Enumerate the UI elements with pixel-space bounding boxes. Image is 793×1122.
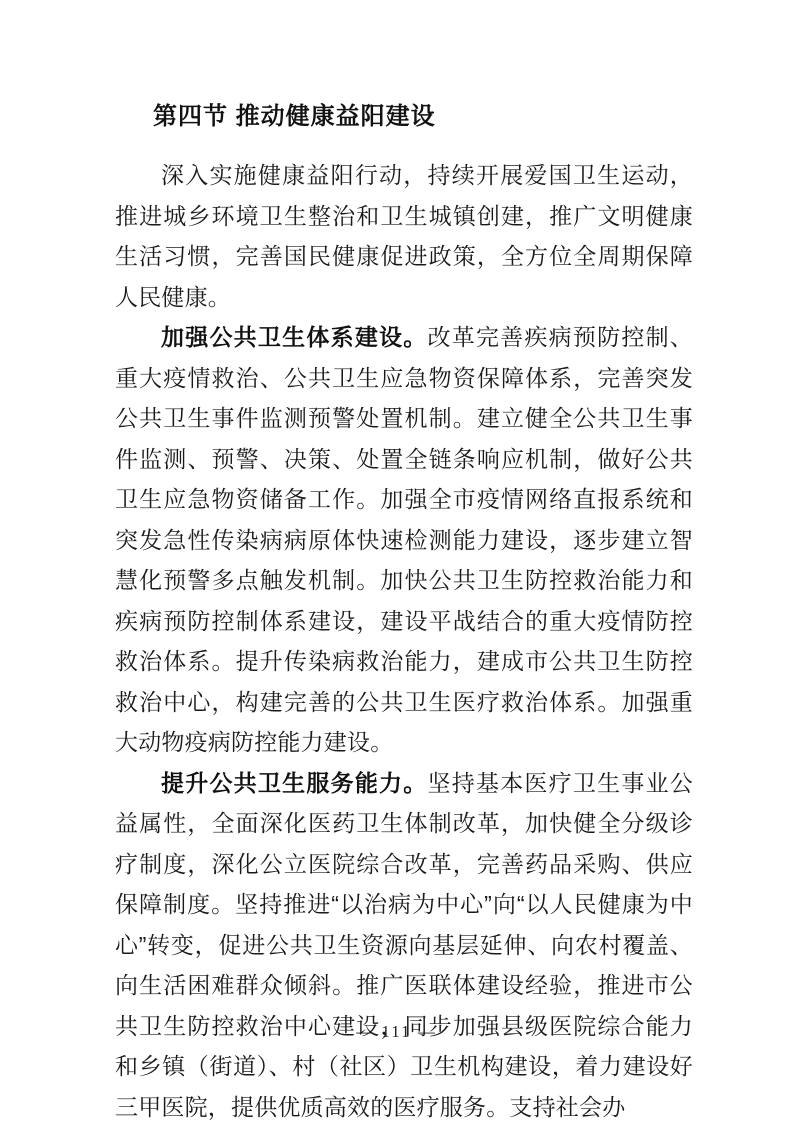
paragraph-public-health-service: 提升公共卫生服务能力。坚持基本医疗卫生事业公益属性，全面深化医药卫生体制改革，加… bbox=[115, 763, 693, 1122]
page-number: — 111 — bbox=[0, 1022, 793, 1042]
paragraph-bold-lead: 加强公共卫生体系建设。 bbox=[161, 324, 428, 350]
section-title: 第四节 推动健康益阳建设 bbox=[153, 97, 693, 137]
paragraph-bold-lead: 提升公共卫生服务能力。 bbox=[161, 770, 428, 796]
paragraph-text: 坚持基本医疗卫生事业公益属性，全面深化医药卫生体制改革，加快健全分级诊疗制度，深… bbox=[115, 770, 693, 1120]
paragraph-intro: 深入实施健康益阳行动，持续开展爱国卫生运动，推进城乡环境卫生整治和卫生城镇创建，… bbox=[115, 155, 693, 317]
paragraph-public-health-system: 加强公共卫生体系建设。改革完善疾病预防控制、重大疫情救治、公共卫生应急物资保障体… bbox=[115, 317, 693, 763]
text-block: 第四节 推动健康益阳建设 深入实施健康益阳行动，持续开展爱国卫生运动，推进城乡环… bbox=[115, 97, 693, 1122]
paragraph-text: 深入实施健康益阳行动，持续开展爱国卫生运动，推进城乡环境卫生整治和卫生城镇创建，… bbox=[115, 162, 693, 310]
document-page: 第四节 推动健康益阳建设 深入实施健康益阳行动，持续开展爱国卫生运动，推进城乡环… bbox=[0, 0, 793, 1122]
paragraph-text: 改革完善疾病预防控制、重大疫情救治、公共卫生应急物资保障体系，完善突发公共卫生事… bbox=[115, 324, 693, 755]
